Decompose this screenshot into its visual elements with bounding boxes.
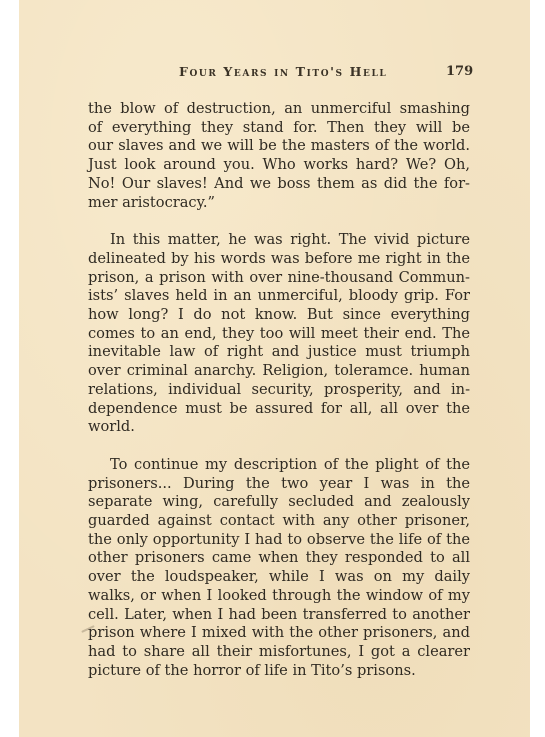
text-line: comes to an end, they too will meet thei… <box>88 325 470 344</box>
text-line: world. <box>88 418 470 437</box>
paragraph-2: In this matter, he was right. The vivid … <box>88 231 470 437</box>
page-number: 179 <box>446 64 473 79</box>
text-line: ists’ slaves held in an unmerciful, bloo… <box>88 287 470 306</box>
text-line: over the loudspeaker, while I was on my … <box>88 568 470 587</box>
text-line: the blow of destruction, an unmerciful s… <box>88 100 470 119</box>
running-head-title: Four Years in Tito's Hell <box>179 64 471 79</box>
text-line: had to share all their misfortunes, I go… <box>88 643 470 662</box>
text-line: relations, individual security, prosperi… <box>88 381 470 400</box>
paragraph-1: the blow of destruction, an unmerciful s… <box>88 100 470 212</box>
text-line: separate wing, carefully secluded and ze… <box>88 493 470 512</box>
paragraph-3: To continue my description of the plight… <box>88 456 470 680</box>
text-line: Just look around you. Who works hard? We… <box>88 156 470 175</box>
text-line: cell. Later, when I had been transferred… <box>88 606 470 625</box>
text-line: guarded against contact with any other p… <box>88 512 470 531</box>
text-line: prison where I mixed with the other pris… <box>88 624 470 643</box>
text-line: mer aristocracy.” <box>88 194 470 213</box>
body-text: the blow of destruction, an unmerciful s… <box>88 100 470 680</box>
text-line: To continue my description of the plight… <box>88 456 470 475</box>
text-line: other prisoners came when they responded… <box>88 549 470 568</box>
text-line: delineated by his words was before me ri… <box>88 250 470 269</box>
text-line: over criminal anarchy. Religion, toleram… <box>88 362 470 381</box>
text-line: dependence must be assured for all, all … <box>88 400 470 419</box>
text-line: of everything they stand for. Then they … <box>88 119 470 138</box>
text-line: No! Our slaves! And we boss them as did … <box>88 175 470 194</box>
text-line: walks, or when I looked through the wind… <box>88 587 470 606</box>
text-line: our slaves and we will be the masters of… <box>88 137 470 156</box>
text-line: inevitable law of right and justice must… <box>88 343 470 362</box>
text-line: the only opportunity I had to observe th… <box>88 531 470 550</box>
text-line: In this matter, he was right. The vivid … <box>88 231 470 250</box>
text-line: prison, a prison with over nine-thousand… <box>88 269 470 288</box>
text-line: how long? I do not know. But since every… <box>88 306 470 325</box>
text-line: picture of the horror of life in Tito’s … <box>88 662 470 681</box>
book-page: Four Years in Tito's Hell 179 the blow o… <box>19 0 530 737</box>
text-line: prisoners... During the two year I was i… <box>88 475 470 494</box>
